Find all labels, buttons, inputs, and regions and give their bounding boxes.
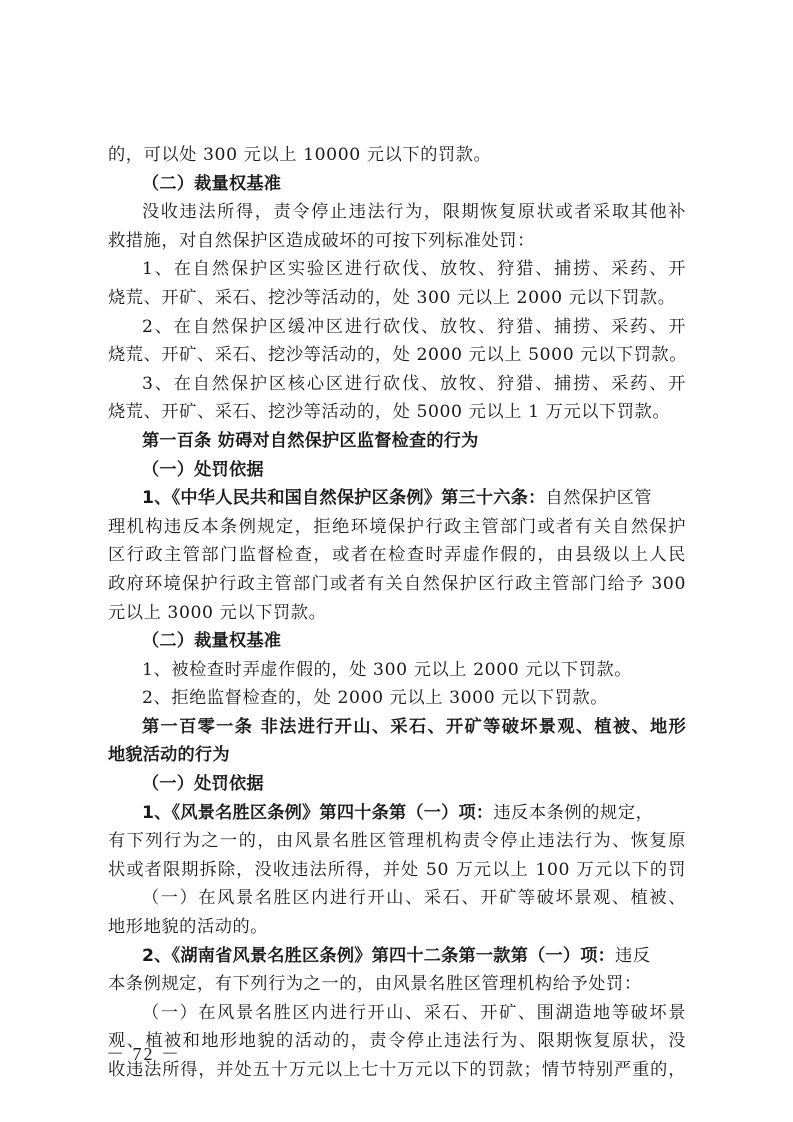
list-item-line: （一）在风景名胜区内进行开山、采石、开矿等破坏景观、植被、 — [108, 884, 686, 913]
body-text-line: 区行政主管部门监督检查，或者在检查时弄虚作假的，由县级以上人民 — [108, 541, 686, 570]
section-heading: （二）裁量权基准 — [108, 627, 686, 656]
body-text-line: 观、植被和地形地貌的活动的，责令停止违法行为、限期恢复原状，没 — [108, 1027, 686, 1056]
citation-text: 违反本条例的规定， — [493, 803, 653, 823]
body-text-line: 救措施，对自然保护区造成破坏的可按下列标准处罚： — [108, 227, 686, 256]
page-number: － 72 － — [106, 1040, 181, 1066]
section-heading: （一）处罚依据 — [108, 456, 686, 485]
citation-line: 1、《风景名胜区条例》第四十条第（一）项：违反本条例的规定， — [108, 799, 686, 828]
citation-line: 2、《湖南省风景名胜区条例》第四十二条第一款第（一）项：违反 — [108, 942, 686, 971]
article-heading-continued: 地貌活动的行为 — [108, 741, 686, 770]
citation-text: 自然保护区管 — [545, 488, 652, 508]
body-text-line: 收违法所得，并处五十万元以上七十万元以下的罚款；情节特别严重的， — [108, 1056, 686, 1085]
section-heading: （二）裁量权基准 — [108, 170, 686, 199]
body-text-line: 烧荒、开矿、采石、挖沙等活动的，处 300 元以上 2000 元以下罚款。 — [108, 284, 686, 313]
body-text-line: 理机构违反本条例规定，拒绝环境保护行政主管部门或者有关自然保护 — [108, 513, 686, 542]
list-item-line: 1、被检查时弄虚作假的，处 300 元以上 2000 元以下罚款。 — [108, 656, 686, 685]
body-text-line: 本条例规定，有下列行为之一的，由风景名胜区管理机构给予处罚： — [108, 970, 686, 999]
citation-line: 1、《中华人民共和国自然保护区条例》第三十六条：自然保护区管 — [108, 484, 686, 513]
section-heading: （一）处罚依据 — [108, 770, 686, 799]
body-text-line: 有下列行为之一的，由风景名胜区管理机构责令停止违法行为、恢复原 — [108, 827, 686, 856]
body-text-line: 的，可以处 300 元以上 10000 元以下的罚款。 — [108, 141, 686, 170]
body-text-line: 烧荒、开矿、采石、挖沙等活动的，处 2000 元以上 5000 元以下罚款。 — [108, 341, 686, 370]
list-item-line: 2、在自然保护区缓冲区进行砍伐、放牧、狩猎、捕捞、采药、开垦、 — [108, 313, 686, 342]
body-text-line: 烧荒、开矿、采石、挖沙等活动的，处 5000 元以上 1 万元以下罚款。 — [108, 398, 686, 427]
body-text-line: 地形地貌的活动的。 — [108, 913, 686, 942]
citation-source: 1、《中华人民共和国自然保护区条例》第三十六条： — [142, 488, 545, 508]
article-heading: 第一百零一条 非法进行开山、采石、开矿等破坏景观、植被、地形 — [108, 713, 686, 742]
body-text-line: 状或者限期拆除，没收违法所得，并处 50 万元以上 100 万元以下的罚款： — [108, 856, 686, 885]
body-text-line: 元以上 3000 元以下罚款。 — [108, 599, 686, 628]
article-heading: 第一百条 妨碍对自然保护区监督检查的行为 — [108, 427, 686, 456]
list-item-line: （一）在风景名胜区内进行开山、采石、开矿、围湖造地等破坏景 — [108, 999, 686, 1028]
list-item-line: 3、在自然保护区核心区进行砍伐、放牧、狩猎、捕捞、采药、开垦、 — [108, 370, 686, 399]
citation-source: 2、《湖南省风景名胜区条例》第四十二条第一款第（一）项： — [142, 946, 615, 966]
citation-text: 违反 — [615, 946, 651, 966]
list-item-line: 1、在自然保护区实验区进行砍伐、放牧、狩猎、捕捞、采药、开垦、 — [108, 255, 686, 284]
body-text-line: 没收违法所得，责令停止违法行为，限期恢复原状或者采取其他补 — [108, 198, 686, 227]
citation-source: 1、《风景名胜区条例》第四十条第（一）项： — [142, 803, 493, 823]
document-page: 的，可以处 300 元以上 10000 元以下的罚款。 （二）裁量权基准 没收违… — [108, 141, 686, 1085]
list-item-line: 2、拒绝监督检查的，处 2000 元以上 3000 元以下罚款。 — [108, 684, 686, 713]
body-text-line: 政府环境保护行政主管部门或者有关自然保护区行政主管部门给予 300 — [108, 570, 686, 599]
